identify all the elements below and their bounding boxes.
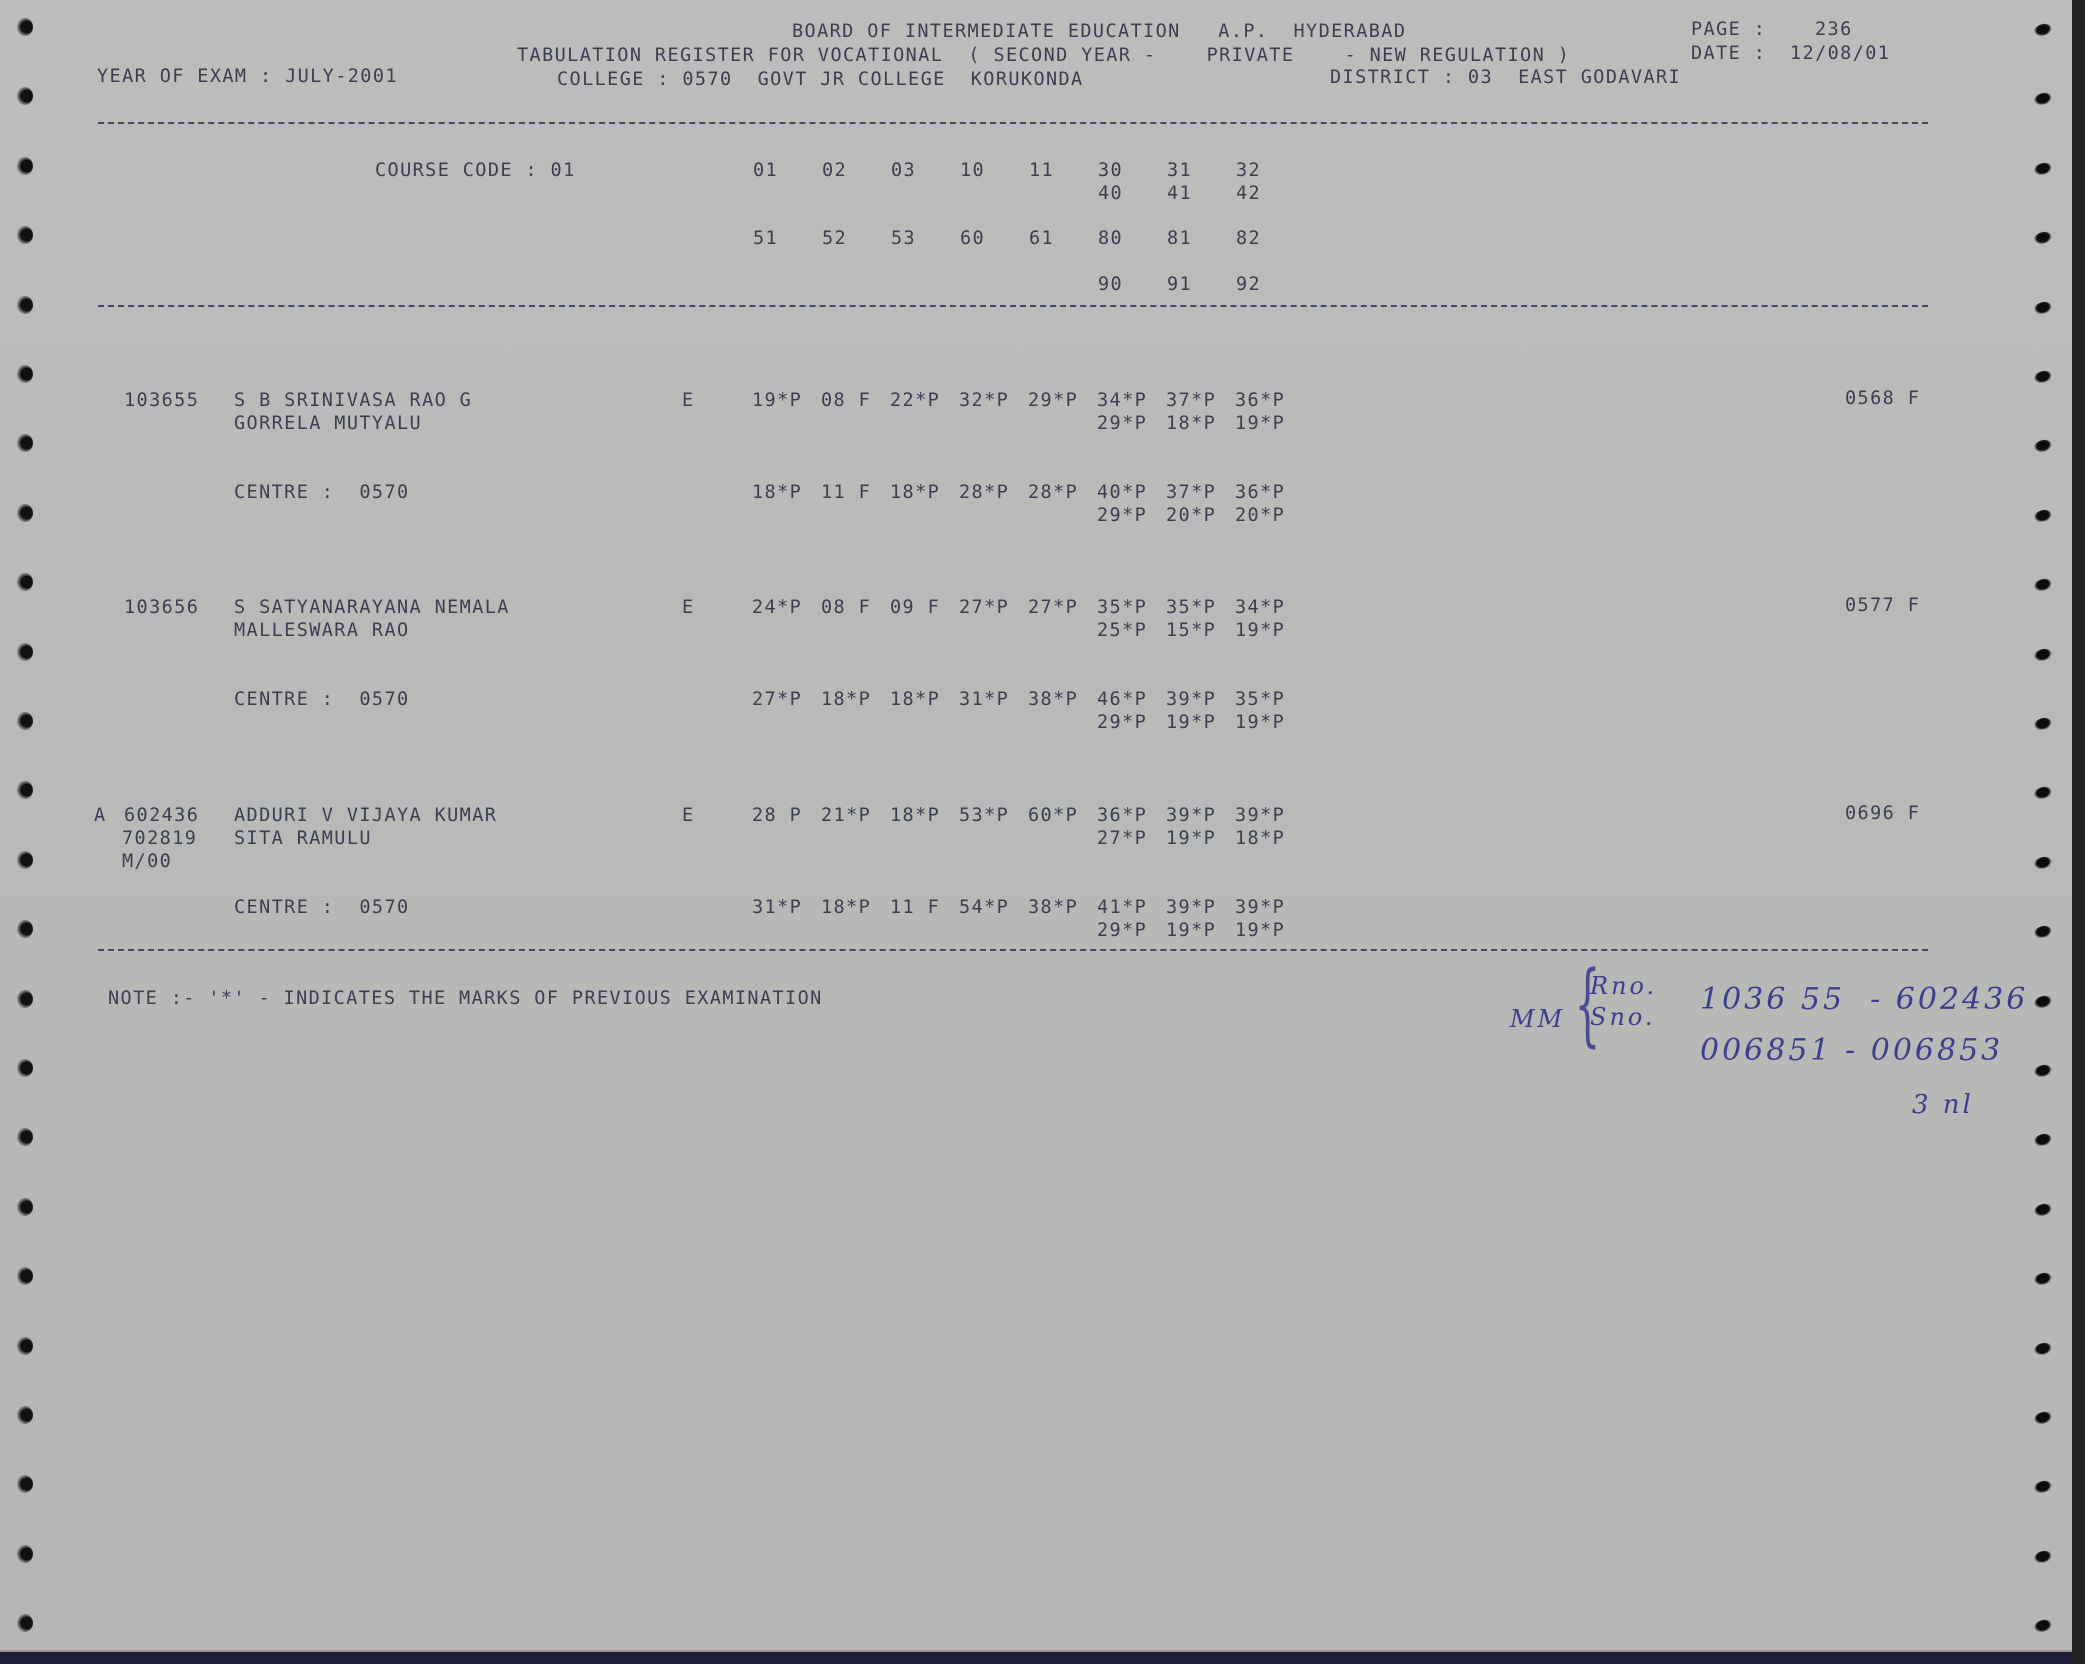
mark-cell: 39*P xyxy=(1235,805,1285,826)
feed-hole xyxy=(2033,1340,2053,1356)
mark-cell: 36*P xyxy=(1097,805,1147,826)
district-info: DISTRICT : 03 EAST GODAVARI xyxy=(1330,67,1681,89)
feed-hole xyxy=(17,226,33,244)
mark-cell: 39*P xyxy=(1166,897,1216,918)
mark-cell: 20*P xyxy=(1166,505,1216,526)
divider-rule xyxy=(98,305,1928,307)
mark-cell: 21*P xyxy=(821,805,871,826)
course-code-label: COURSE CODE : 01 xyxy=(375,160,576,182)
mark-cell: 39*P xyxy=(1235,897,1285,918)
mark-cell: 19*P xyxy=(1235,920,1285,941)
feed-hole xyxy=(17,18,33,36)
mark-cell: 22*P xyxy=(890,390,940,411)
medium-code: E xyxy=(682,390,695,412)
feed-hole xyxy=(17,1614,33,1632)
feed-hole xyxy=(2033,646,2053,662)
feed-hole xyxy=(17,1128,33,1146)
mark-cell: 34*P xyxy=(1097,390,1147,411)
feed-hole xyxy=(17,1406,33,1424)
hand-serial-range: 006851 - 006853 xyxy=(1700,1033,2003,1068)
subject-code: 01 xyxy=(753,160,778,182)
subject-code: 40 xyxy=(1098,183,1123,205)
mark-cell: 27*P xyxy=(752,689,802,710)
feed-hole xyxy=(2033,1271,2053,1287)
feed-hole xyxy=(17,1267,33,1285)
feed-hole xyxy=(17,712,33,730)
mark-cell: 19*P xyxy=(1166,828,1216,849)
mark-cell: 19*P xyxy=(752,390,802,411)
feed-hole xyxy=(17,573,33,591)
mark-cell: 20*P xyxy=(1235,505,1285,526)
roll-number: 103656 xyxy=(124,597,199,619)
mark-cell: 53*P xyxy=(959,805,1009,826)
mark-cell: 11 F xyxy=(890,897,940,918)
mark-cell: 19*P xyxy=(1235,620,1285,641)
mark-cell: 18*P xyxy=(752,482,802,503)
mark-cell: 19*P xyxy=(1166,712,1216,733)
mark-cell: 31*P xyxy=(752,897,802,918)
mark-cell: 36*P xyxy=(1235,390,1285,411)
feed-hole xyxy=(17,87,33,105)
mark-cell: 35*P xyxy=(1097,597,1147,618)
feed-hole xyxy=(2033,1618,2053,1634)
mark-cell: 28*P xyxy=(959,482,1009,503)
feed-hole xyxy=(17,781,33,799)
footnote: NOTE :- '*' - INDICATES THE MARKS OF PRE… xyxy=(108,988,823,1010)
feed-hole xyxy=(17,434,33,452)
mark-cell: 38*P xyxy=(1028,897,1078,918)
mark-cell: 18*P xyxy=(821,897,871,918)
mark-cell: 18*P xyxy=(1166,413,1216,434)
mark-cell: 18*P xyxy=(1235,828,1285,849)
mark-cell: 27*P xyxy=(959,597,1009,618)
student-name: S SATYANARAYANA NEMALA xyxy=(234,597,510,619)
medium-code: E xyxy=(682,805,695,827)
hand-initials: MM xyxy=(1510,1005,1565,1033)
feed-hole xyxy=(2033,1132,2053,1148)
father-name: GORRELA MUTYALU xyxy=(234,413,422,435)
print-date: 12/08/01 xyxy=(1790,43,1890,65)
feed-hole xyxy=(17,1198,33,1216)
mark-cell: 09 F xyxy=(890,597,940,618)
feed-hole xyxy=(2033,1202,2053,1218)
subject-code: 10 xyxy=(960,160,985,182)
mark-cell: 31*P xyxy=(959,689,1009,710)
mark-cell: 18*P xyxy=(890,805,940,826)
centre-code: CENTRE : 0570 xyxy=(234,482,410,504)
feed-hole xyxy=(2033,438,2053,454)
mark-cell: 39*P xyxy=(1166,689,1216,710)
feed-hole xyxy=(2033,1479,2053,1495)
subject-code: 91 xyxy=(1167,274,1192,296)
feed-hole xyxy=(17,1337,33,1355)
feed-hole xyxy=(2033,993,2053,1009)
mark-cell: 39*P xyxy=(1166,805,1216,826)
mark-cell: 41*P xyxy=(1097,897,1147,918)
total-result: 0577 F xyxy=(1845,595,1920,617)
hand-label-roll: Rno. xyxy=(1590,972,1657,1000)
feed-hole xyxy=(2033,91,2053,107)
mark-cell: 08 F xyxy=(821,597,871,618)
medium-code: E xyxy=(682,597,695,619)
feed-hole xyxy=(2033,855,2053,871)
feed-hole xyxy=(17,1475,33,1493)
subject-code: 02 xyxy=(822,160,847,182)
page-label: PAGE : xyxy=(1691,19,1766,41)
feed-hole xyxy=(2033,299,2053,315)
additional-id: M/00 xyxy=(122,851,172,873)
feed-hole xyxy=(17,990,33,1008)
mark-cell: 54*P xyxy=(959,897,1009,918)
mark-cell: 36*P xyxy=(1235,482,1285,503)
mark-cell: 28 P xyxy=(752,805,802,826)
student-name: ADDURI V VIJAYA KUMAR xyxy=(234,805,497,827)
feed-hole xyxy=(17,365,33,383)
student-name: S B SRINIVASA RAO G xyxy=(234,390,472,412)
mark-cell: 38*P xyxy=(1028,689,1078,710)
hand-count: 3 nl xyxy=(1912,1090,1974,1120)
page-number: 236 xyxy=(1815,19,1853,41)
subject-code: 81 xyxy=(1167,228,1192,250)
feed-hole xyxy=(17,1059,33,1077)
college-info: COLLEGE : 0570 GOVT JR COLLEGE KORUKONDA xyxy=(557,69,1084,91)
mark-cell: 24*P xyxy=(752,597,802,618)
divider-rule xyxy=(98,949,1928,951)
mark-cell: 60*P xyxy=(1028,805,1078,826)
centre-code: CENTRE : 0570 xyxy=(234,689,410,711)
mark-cell: 19*P xyxy=(1166,920,1216,941)
mark-cell: 29*P xyxy=(1097,920,1147,941)
feed-hole xyxy=(17,920,33,938)
board-title: BOARD OF INTERMEDIATE EDUCATION A.P. HYD… xyxy=(792,21,1406,43)
mark-cell: 15*P xyxy=(1166,620,1216,641)
feed-hole xyxy=(2033,924,2053,940)
hand-roll-range: 1036 55 - 602436 xyxy=(1700,982,2028,1017)
subject-code: 90 xyxy=(1098,274,1123,296)
mark-cell: 27*P xyxy=(1097,828,1147,849)
feed-hole xyxy=(2033,1063,2053,1079)
roll-number: 103655 xyxy=(124,390,199,412)
divider-rule xyxy=(98,122,1928,124)
subject-code: 80 xyxy=(1098,228,1123,250)
subject-code: 03 xyxy=(891,160,916,182)
mark-cell: 46*P xyxy=(1097,689,1147,710)
subject-code: 30 xyxy=(1098,160,1123,182)
roll-prefix: A xyxy=(94,805,107,827)
date-label: DATE : xyxy=(1691,43,1766,65)
centre-code: CENTRE : 0570 xyxy=(234,897,410,919)
subject-code: 42 xyxy=(1236,183,1261,205)
feed-hole xyxy=(2033,508,2053,524)
mark-cell: 29*P xyxy=(1097,505,1147,526)
mark-cell: 34*P xyxy=(1235,597,1285,618)
mark-cell: 27*P xyxy=(1028,597,1078,618)
feed-hole xyxy=(2033,230,2053,246)
mark-cell: 37*P xyxy=(1166,482,1216,503)
subject-code: 61 xyxy=(1029,228,1054,250)
feed-hole xyxy=(17,296,33,314)
mark-cell: 19*P xyxy=(1235,413,1285,434)
year-of-exam: YEAR OF EXAM : JULY-2001 xyxy=(97,66,398,88)
mark-cell: 35*P xyxy=(1235,689,1285,710)
subject-code: 51 xyxy=(753,228,778,250)
subject-code: 41 xyxy=(1167,183,1192,205)
subject-code: 31 xyxy=(1167,160,1192,182)
father-name: MALLESWARA RAO xyxy=(234,620,410,642)
feed-hole xyxy=(2033,22,2053,38)
feed-hole xyxy=(2033,1410,2053,1426)
mark-cell: 29*P xyxy=(1097,413,1147,434)
roll-number: 602436 xyxy=(124,805,199,827)
feed-hole xyxy=(17,643,33,661)
mark-cell: 32*P xyxy=(959,390,1009,411)
mark-cell: 08 F xyxy=(821,390,871,411)
feed-hole xyxy=(17,157,33,175)
subject-code: 92 xyxy=(1236,274,1261,296)
feed-hole xyxy=(2033,161,2053,177)
subject-code: 52 xyxy=(822,228,847,250)
register-title: TABULATION REGISTER FOR VOCATIONAL ( SEC… xyxy=(517,45,1570,67)
feed-hole xyxy=(2033,369,2053,385)
father-name: SITA RAMULU xyxy=(234,828,372,850)
subject-code: 32 xyxy=(1236,160,1261,182)
mark-cell: 11 F xyxy=(821,482,871,503)
hand-label-serial: Sno. xyxy=(1590,1003,1656,1031)
mark-cell: 18*P xyxy=(890,689,940,710)
feed-hole xyxy=(2033,716,2053,732)
feed-hole xyxy=(2033,577,2053,593)
printout-page: BOARD OF INTERMEDIATE EDUCATION A.P. HYD… xyxy=(0,0,2072,1652)
mark-cell: 18*P xyxy=(890,482,940,503)
feed-hole xyxy=(17,1545,33,1563)
mark-cell: 19*P xyxy=(1235,712,1285,733)
mark-cell: 40*P xyxy=(1097,482,1147,503)
total-result: 0568 F xyxy=(1845,388,1920,410)
feed-hole xyxy=(17,504,33,522)
subject-code: 11 xyxy=(1029,160,1054,182)
total-result: 0696 F xyxy=(1845,803,1920,825)
mark-cell: 28*P xyxy=(1028,482,1078,503)
mark-cell: 18*P xyxy=(821,689,871,710)
subject-code: 53 xyxy=(891,228,916,250)
mark-cell: 29*P xyxy=(1097,712,1147,733)
feed-hole xyxy=(17,851,33,869)
mark-cell: 29*P xyxy=(1028,390,1078,411)
mark-cell: 37*P xyxy=(1166,390,1216,411)
mark-cell: 25*P xyxy=(1097,620,1147,641)
feed-hole xyxy=(2033,785,2053,801)
subject-code: 60 xyxy=(960,228,985,250)
mark-cell: 35*P xyxy=(1166,597,1216,618)
feed-hole xyxy=(2033,1549,2053,1565)
subject-code: 82 xyxy=(1236,228,1261,250)
additional-id: 702819 xyxy=(122,828,197,850)
